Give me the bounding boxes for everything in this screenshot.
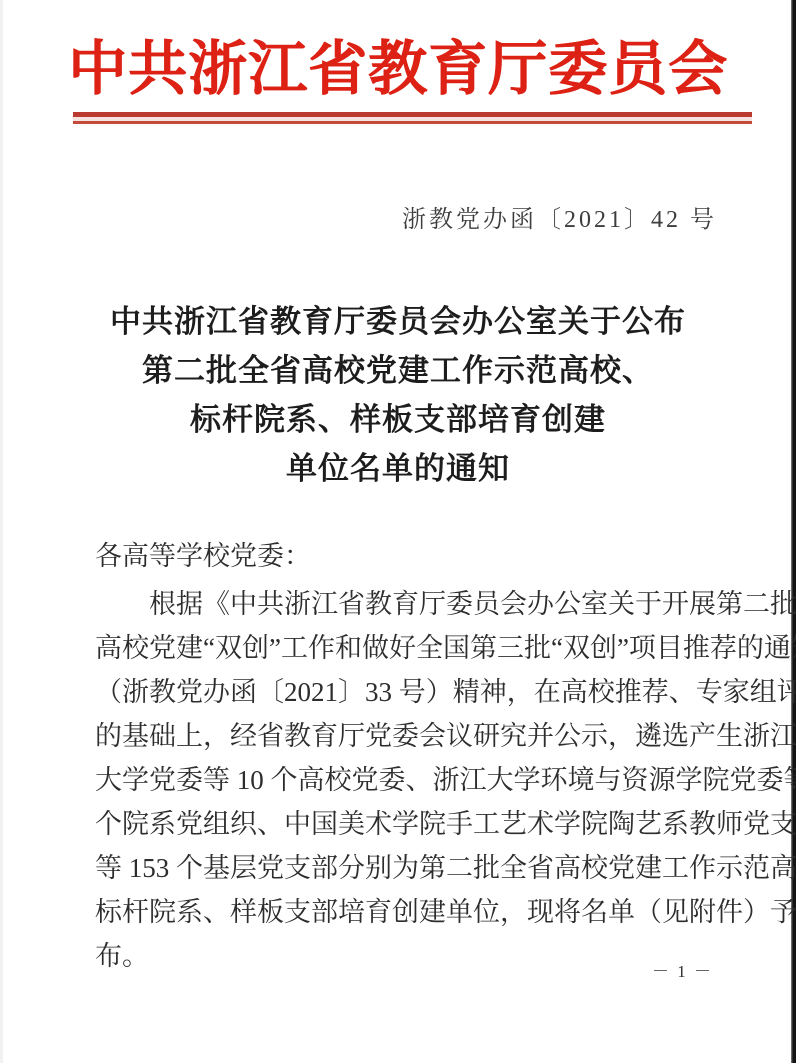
salutation-line: 各高等学校党委：	[95, 540, 311, 572]
document-title-line: 第二批全省高校党建工作示范高校、	[0, 346, 796, 395]
document-title-line: 标杆院系、样板支部培育创建	[0, 395, 796, 444]
body-text-line: 标杆院系、样板支部培育创建单位，现将名单（见附件）予以公	[95, 890, 745, 934]
body-text-line: （浙教党办函〔2021〕33 号）精神，在高校推荐、专家组评审	[95, 670, 745, 714]
document-title-line: 单位名单的通知	[0, 444, 796, 493]
photo-left-edge	[0, 0, 3, 1063]
body-text-line: 等 153 个基层党支部分别为第二批全省高校党建工作示范高校、	[95, 846, 745, 890]
official-document-page: 中共浙江省教育厅委员会 浙教党办函〔2021〕42 号 中共浙江省教育厅委员会办…	[0, 0, 796, 1063]
body-paragraph: 根据《中共浙江省教育厅委员会办公室关于开展第二批全省 高校党建“双创”工作和做好…	[95, 582, 745, 978]
body-text-line: 大学党委等 10 个高校党委、浙江大学环境与资源学院党委等 81	[95, 758, 745, 802]
letterhead-double-rule	[73, 112, 752, 124]
body-text-line: 高校党建“双创”工作和做好全国第三批“双创”项目推荐的通知》	[95, 626, 745, 670]
body-text-line: 个院系党组织、中国美术学院手工艺术学院陶艺系教师党支部	[95, 802, 745, 846]
body-text-line: 的基础上，经省教育厅党委会议研究并公示，遴选产生浙江理工	[95, 714, 745, 758]
letterhead-org-name: 中共浙江省教育厅委员会	[0, 30, 796, 108]
document-reference-number: 浙教党办函〔2021〕42 号	[402, 199, 717, 234]
body-text-line: 根据《中共浙江省教育厅委员会办公室关于开展第二批全省	[95, 582, 745, 626]
page-number: － 1 －	[652, 957, 713, 982]
document-title-line: 中共浙江省教育厅委员会办公室关于公布	[0, 297, 796, 346]
body-text-line: 布。	[95, 934, 745, 978]
document-title: 中共浙江省教育厅委员会办公室关于公布 第二批全省高校党建工作示范高校、 标杆院系…	[0, 297, 796, 493]
